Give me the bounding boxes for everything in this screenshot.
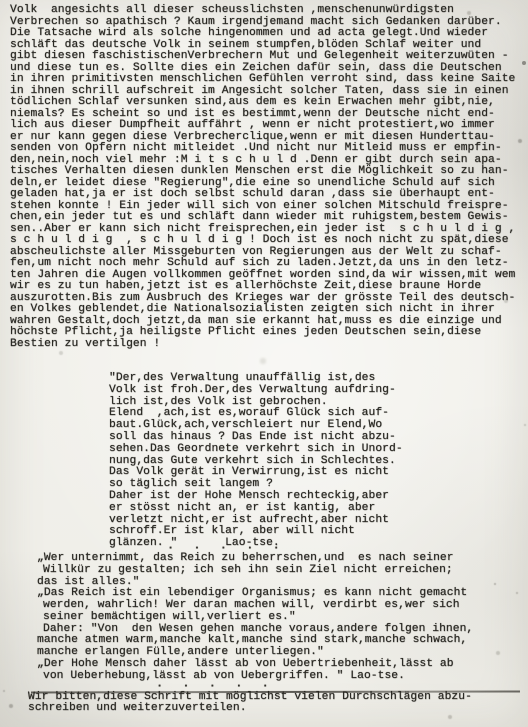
text-line: tisches Verhalten diesen dunklen Mensche… (10, 166, 515, 178)
text-line: Bestien zu vertilgen ! (10, 339, 515, 351)
text-line: lich aus dieser Dumpfheit auffährt , wen… (10, 120, 515, 132)
text-line: sehen.Das Geordnete verkehrt sich in Uno… (109, 444, 403, 456)
text-line: wir es zu tun haben,jetzt ist es allerhö… (10, 281, 515, 293)
distribution-request: Wir bitten,diese Schrift mit möglichst v… (28, 692, 472, 715)
text-line: höchste Pflicht,ja heiligste Pflicht ein… (10, 327, 515, 339)
text-line: manche erlangen Fülle,andere unterliegen… (37, 647, 473, 659)
scan-noise-specks (0, 0, 2, 2)
leaflet-page: Volk angesichts all dieser scheusslichst… (0, 0, 528, 727)
text-line: chen,ein jeder tut es und schläft dann w… (10, 212, 515, 224)
text-line: Volk ist froh.Der,des Verwaltung aufdrin… (109, 385, 403, 397)
text-line: soll das hinaus ? Das Ende ist nicht abz… (109, 432, 403, 444)
text-line: Willkür zu gestalten; ich seh ihn sein Z… (43, 565, 473, 577)
text-line: Volk angesichts all dieser scheusslichst… (10, 5, 515, 17)
text-line: senden von Opfern nicht mitleidet .Und n… (10, 143, 515, 155)
text-line: „Wer unternimmt, das Reich zu beherrsche… (37, 553, 473, 565)
text-line: in ihren primitivsten menschlichen Gefüh… (10, 74, 515, 86)
text-line: „Der Hohe Mensch daher lässt ab von Uebe… (37, 659, 473, 671)
text-line: Daher ist der Hohe Mensch rechteckig,abe… (109, 491, 403, 503)
text-line: en Volkes geblendet,die Nationalsozialis… (10, 304, 515, 316)
text-line: schreiben und weiterzuverteilen. (28, 703, 472, 714)
text-line: er stösst nicht an, er ist kantig, aber (109, 503, 403, 515)
text-line: Die Tatsache wird als solche hingenommen… (10, 28, 515, 40)
body-paragraph: Volk angesichts all dieser scheusslichst… (10, 5, 515, 350)
text-line: tödlichen Schlaf versunken sind,aus dem … (10, 97, 515, 109)
text-line: s c h u l d i g , s c h u l d i g ! Doch… (10, 235, 515, 247)
text-line: geladen hat,ja er ist doch selbst schuld… (10, 189, 515, 201)
text-line: fen,um nicht noch mehr Schuld auf sich z… (10, 258, 515, 270)
text-line: seiner bemächtigen will,verliert es." (43, 612, 473, 624)
text-line: gibt diesen faschistischenVerbrechern Mu… (10, 51, 515, 63)
laotse-quote-block: "Der,des Verwaltung unauffällig ist,des … (109, 373, 403, 550)
text-line: werden, wahrlich! Wer daran machen will,… (43, 600, 473, 612)
laotse-aphorisms-block: „Wer unternimmt, das Reich zu beherrsche… (37, 553, 473, 682)
